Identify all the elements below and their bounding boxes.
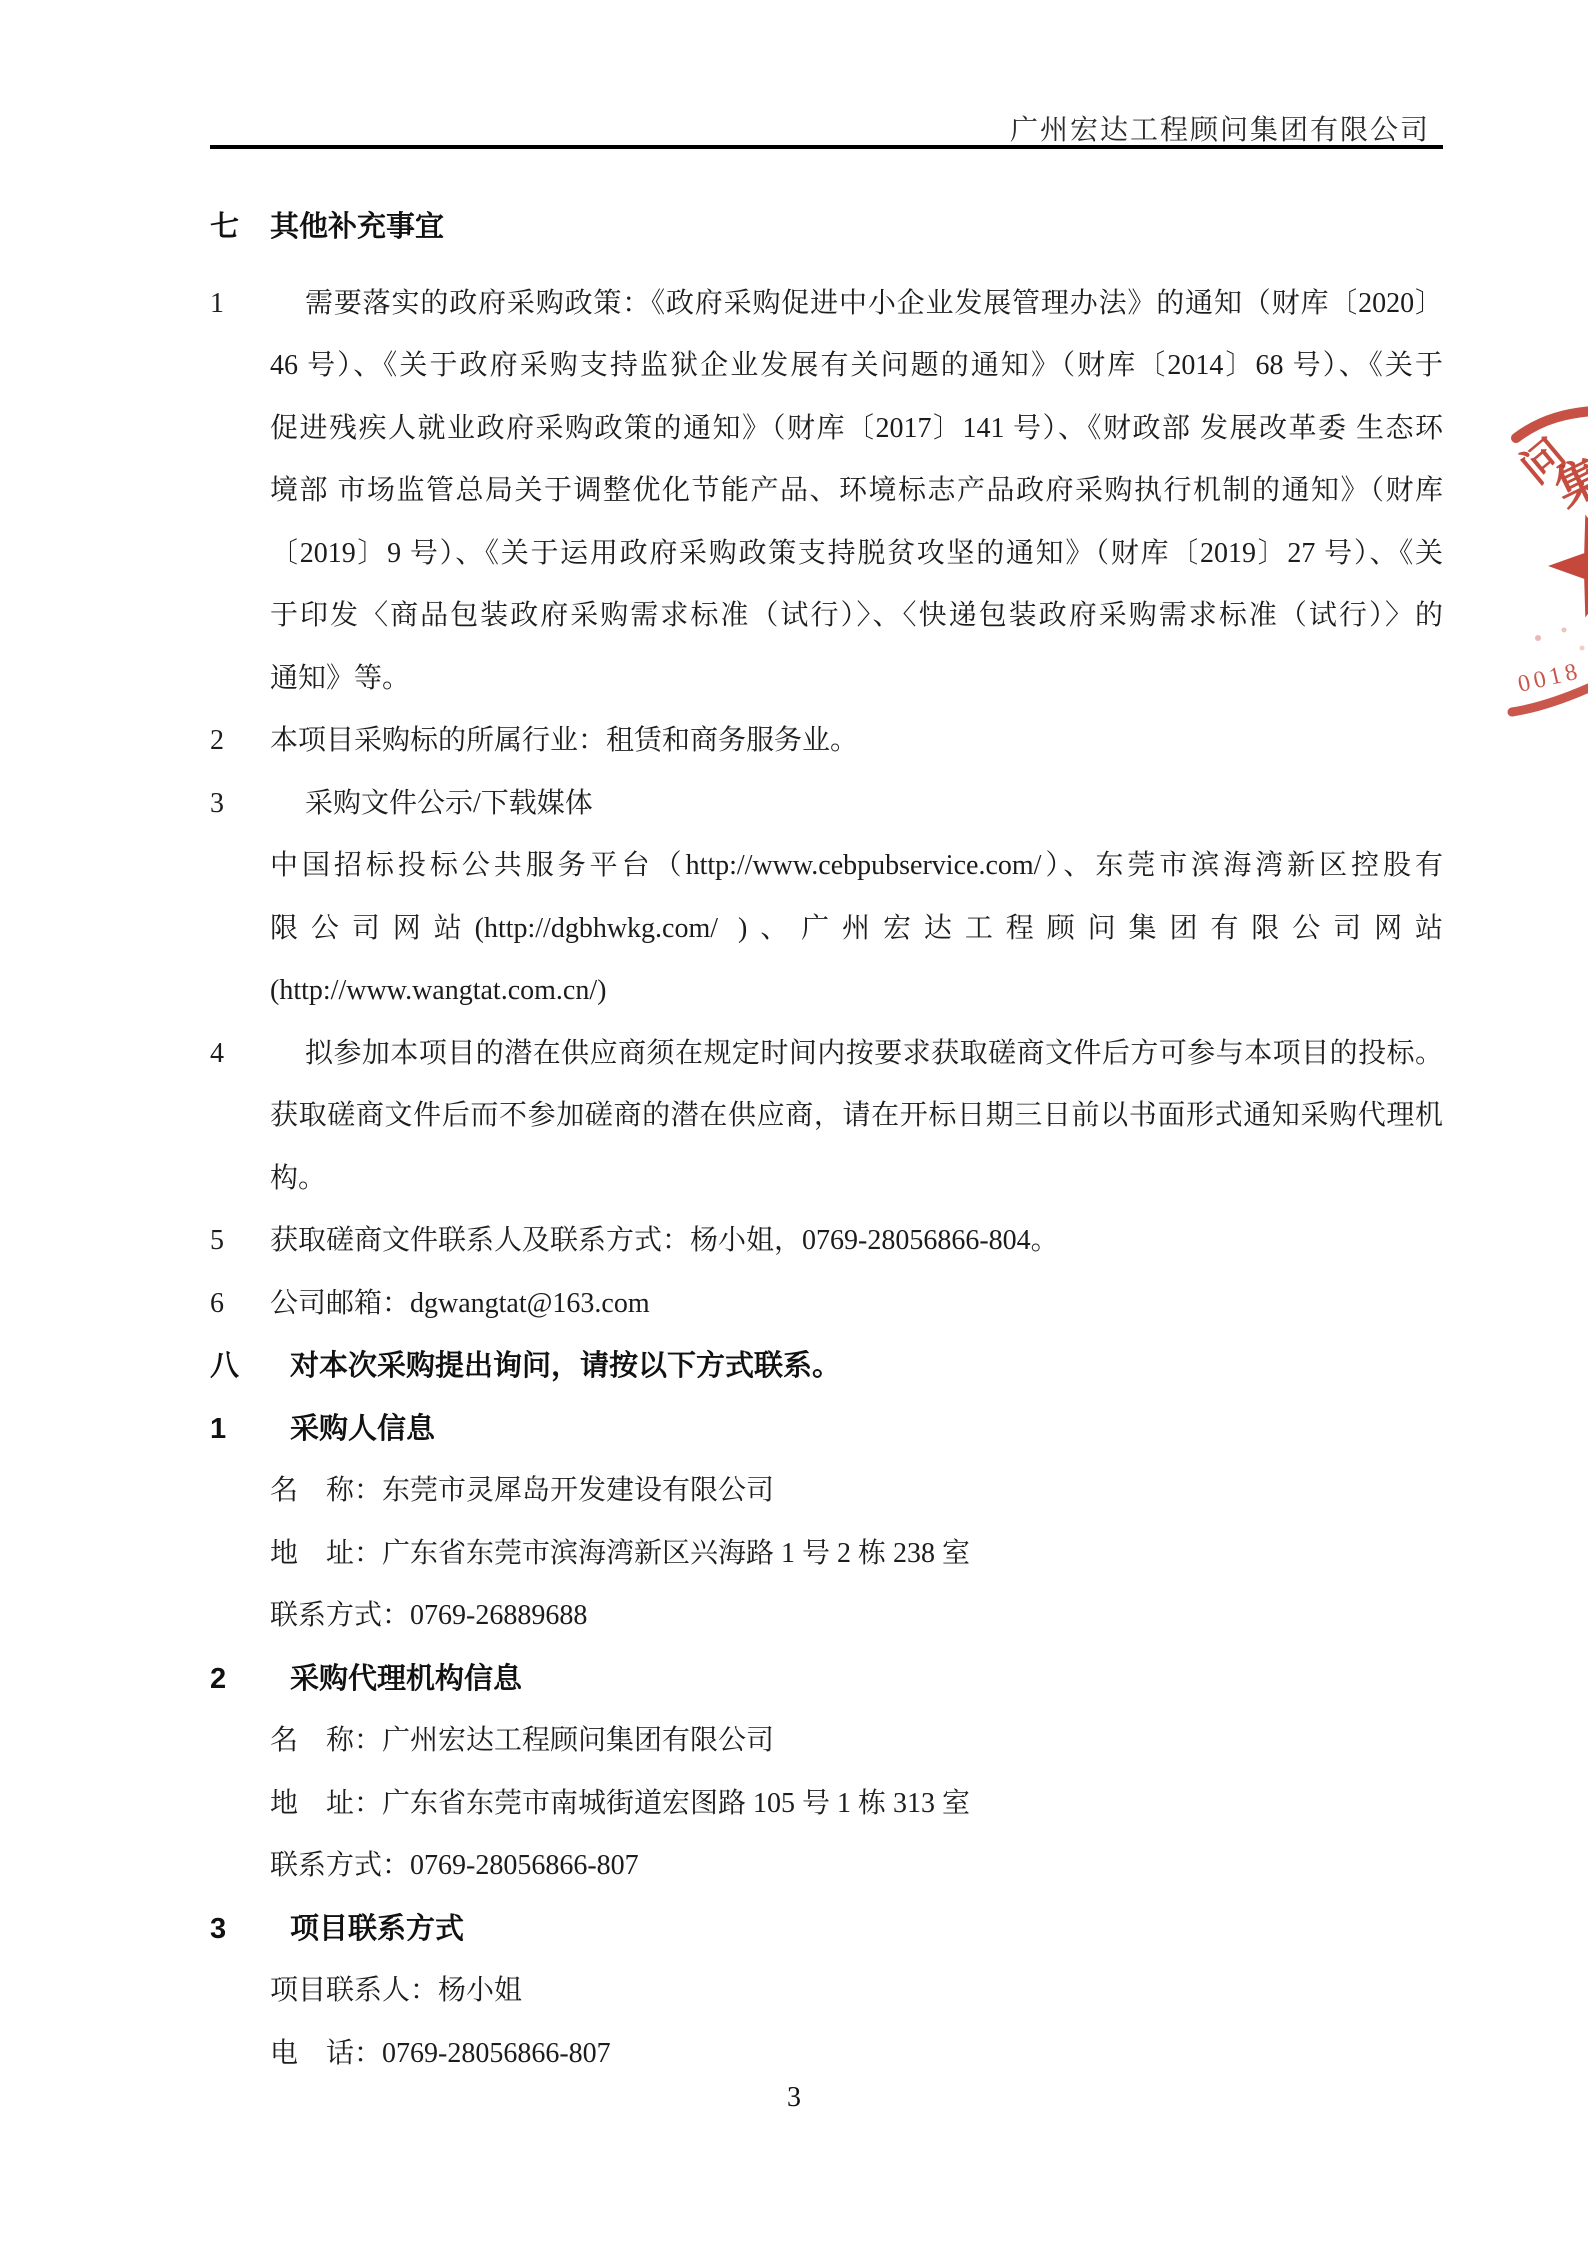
doc-line: (http://www.wangtat.com.cn/) [210,960,1443,1023]
seal-text-char-1: 问 [1512,429,1574,492]
doc-line: 促进残疾人就业政府采购政策的通知》（财库〔2017〕141 号）、《财政部 发展… [210,398,1443,461]
line-number [210,1585,270,1648]
line-number: 1 [210,273,270,336]
doc-line: 电 话：0769-28056866-807 [210,2023,1443,2086]
company-seal-stamp: 问 集 0018 [1502,398,1588,728]
document-body: 七 其他补充事宜 1 需要落实的政府采购政策：《政府采购促进中小企业发展管理办法… [210,196,1443,2085]
doc-line: 联系方式：0769-26889688 [210,1585,1443,1648]
line-number: 2 [210,710,270,773]
line-number [210,2023,270,2086]
line-number [210,1773,270,1836]
line-text: 对本次采购提出询问，请按以下方式联系。 [270,1335,1443,1398]
line-text: 获取磋商文件联系人及联系方式：杨小姐，0769-28056866-804。 [270,1210,1443,1273]
line-text: 名 称：东莞市灵犀岛开发建设有限公司 [270,1460,1443,1523]
doc-line: 3 采购文件公示/下载媒体 [210,773,1443,836]
line-text: 促进残疾人就业政府采购政策的通知》（财库〔2017〕141 号）、《财政部 发展… [270,398,1443,461]
line-text: 需要落实的政府采购政策：《政府采购促进中小企业发展管理办法》的通知（财库〔202… [270,273,1443,336]
line-text: 地 址：广东省东莞市滨海湾新区兴海路 1 号 2 栋 238 室 [270,1523,1443,1586]
line-number: 4 [210,1023,270,1086]
header-divider-rule [210,145,1443,149]
line-text: 联系方式：0769-28056866-807 [270,1835,1443,1898]
line-number [210,523,270,586]
page-number: 3 [0,2082,1588,2114]
line-text: 本项目采购标的所属行业：租赁和商务服务业。 [270,710,1443,773]
line-number [210,960,270,1023]
line-number: 1 [210,1398,270,1461]
line-number: 6 [210,1273,270,1336]
line-number [210,835,270,898]
line-number: 八 [210,1335,270,1398]
line-text: 公司邮箱：dgwangtat@163.com [270,1273,1443,1336]
line-text: (http://www.wangtat.com.cn/) [270,960,1443,1023]
line-text: 构。 [270,1148,1443,1211]
doc-line: 6 公司邮箱：dgwangtat@163.com [210,1273,1443,1336]
seal-ring-arc-bottom [1512,682,1588,712]
line-text: 电 话：0769-28056866-807 [270,2023,1443,2086]
line-text: 地 址：广东省东莞市南城街道宏图路 105 号 1 栋 313 室 [270,1773,1443,1836]
line-number: 5 [210,1210,270,1273]
doc-line: 中国招标投标公共服务平台（http://www.cebpubservice.co… [210,835,1443,898]
doc-line: 1 采购人信息 [210,1398,1443,1461]
line-number [210,335,270,398]
seal-serial-digits: 0018 [1516,658,1584,698]
doc-line: 名 称：广州宏达工程顾问集团有限公司 [210,1710,1443,1773]
line-text: 〔2019〕9 号）、《关于运用政府采购政策支持脱贫攻坚的通知》（财库〔2019… [270,523,1443,586]
line-text: 联系方式：0769-26889688 [270,1585,1443,1648]
line-number [210,1523,270,1586]
seal-star [1548,515,1588,618]
doc-line: 1 需要落实的政府采购政策：《政府采购促进中小企业发展管理办法》的通知（财库〔2… [210,273,1443,336]
line-text: 拟参加本项目的潜在供应商须在规定时间内按要求获取磋商文件后方可参与本项目的投标。 [270,1023,1443,1086]
doc-line: 4 拟参加本项目的潜在供应商须在规定时间内按要求获取磋商文件后方可参与本项目的投… [210,1023,1443,1086]
line-number [210,1710,270,1773]
line-number [210,460,270,523]
line-number [210,1835,270,1898]
line-text: 其他补充事宜 [270,196,1443,259]
doc-line: 获取磋商文件后而不参加磋商的潜在供应商，请在开标日期三日前以书面形式通知采购代理… [210,1085,1443,1148]
seal-ink-speck [1535,635,1541,641]
line-text: 采购文件公示/下载媒体 [270,773,1443,836]
line-number: 七 [210,196,270,259]
line-number [210,1960,270,2023]
line-text: 于印发〈商品包装政府采购需求标准（试行）〉、〈快递包装政府采购需求标准（试行）〉… [270,585,1443,648]
seal-ink-speck [1580,646,1585,651]
line-text: 46 号）、《关于政府采购支持监狱企业发展有关问题的通知》（财库〔2014〕68… [270,335,1443,398]
line-text: 限公司网站(http://dgbhwkg.com/ )、广州宏达工程顾问集团有限… [270,898,1443,961]
doc-line: 项目联系人：杨小姐 [210,1960,1443,2023]
line-number: 3 [210,1898,270,1961]
doc-line: 名 称：东莞市灵犀岛开发建设有限公司 [210,1460,1443,1523]
doc-line: 限公司网站(http://dgbhwkg.com/ )、广州宏达工程顾问集团有限… [210,898,1443,961]
doc-line: 八 对本次采购提出询问，请按以下方式联系。 [210,1335,1443,1398]
line-text: 获取磋商文件后而不参加磋商的潜在供应商，请在开标日期三日前以书面形式通知采购代理… [270,1085,1443,1148]
doc-line: 2 采购代理机构信息 [210,1648,1443,1711]
line-number [210,1148,270,1211]
line-number [210,585,270,648]
line-number [210,1085,270,1148]
line-number [210,1460,270,1523]
doc-line: 七 其他补充事宜 [210,196,1443,259]
line-text: 项目联系方式 [270,1898,1443,1961]
line-text: 采购代理机构信息 [270,1648,1443,1711]
doc-line: 境部 市场监管总局关于调整优化节能产品、环境标志产品政府采购执行机制的通知》（财… [210,460,1443,523]
seal-ink-speck [1562,628,1567,633]
line-text: 通知》等。 [270,648,1443,711]
line-number [210,648,270,711]
doc-line: 5 获取磋商文件联系人及联系方式：杨小姐，0769-28056866-804。 [210,1210,1443,1273]
doc-line: 构。 [210,1148,1443,1211]
doc-line: 联系方式：0769-28056866-807 [210,1835,1443,1898]
line-text: 名 称：广州宏达工程顾问集团有限公司 [270,1710,1443,1773]
line-number [210,398,270,461]
line-text: 采购人信息 [270,1398,1443,1461]
header-company-name: 广州宏达工程顾问集团有限公司 [1010,108,1430,148]
line-number: 3 [210,773,270,836]
document-page: { "header": { "company_name": "广州宏达工程顾问集… [0,0,1588,2246]
line-number [210,898,270,961]
doc-line: 3 项目联系方式 [210,1898,1443,1961]
doc-line: 46 号）、《关于政府采购支持监狱企业发展有关问题的通知》（财库〔2014〕68… [210,335,1443,398]
doc-line: 通知》等。 [210,648,1443,711]
doc-line: 地 址：广东省东莞市南城街道宏图路 105 号 1 栋 313 室 [210,1773,1443,1836]
line-number: 2 [210,1648,270,1711]
doc-line: 〔2019〕9 号）、《关于运用政府采购政策支持脱贫攻坚的通知》（财库〔2019… [210,523,1443,586]
doc-line: 地 址：广东省东莞市滨海湾新区兴海路 1 号 2 栋 238 室 [210,1523,1443,1586]
doc-line: 2 本项目采购标的所属行业：租赁和商务服务业。 [210,710,1443,773]
seal-text-char-2: 集 [1547,448,1588,516]
line-text: 境部 市场监管总局关于调整优化节能产品、环境标志产品政府采购执行机制的通知》（财… [270,460,1443,523]
seal-ring-arc-top [1516,410,1588,438]
line-text: 中国招标投标公共服务平台（http://www.cebpubservice.co… [270,835,1443,898]
doc-line: 于印发〈商品包装政府采购需求标准（试行）〉、〈快递包装政府采购需求标准（试行）〉… [210,585,1443,648]
line-text: 项目联系人：杨小姐 [270,1960,1443,2023]
